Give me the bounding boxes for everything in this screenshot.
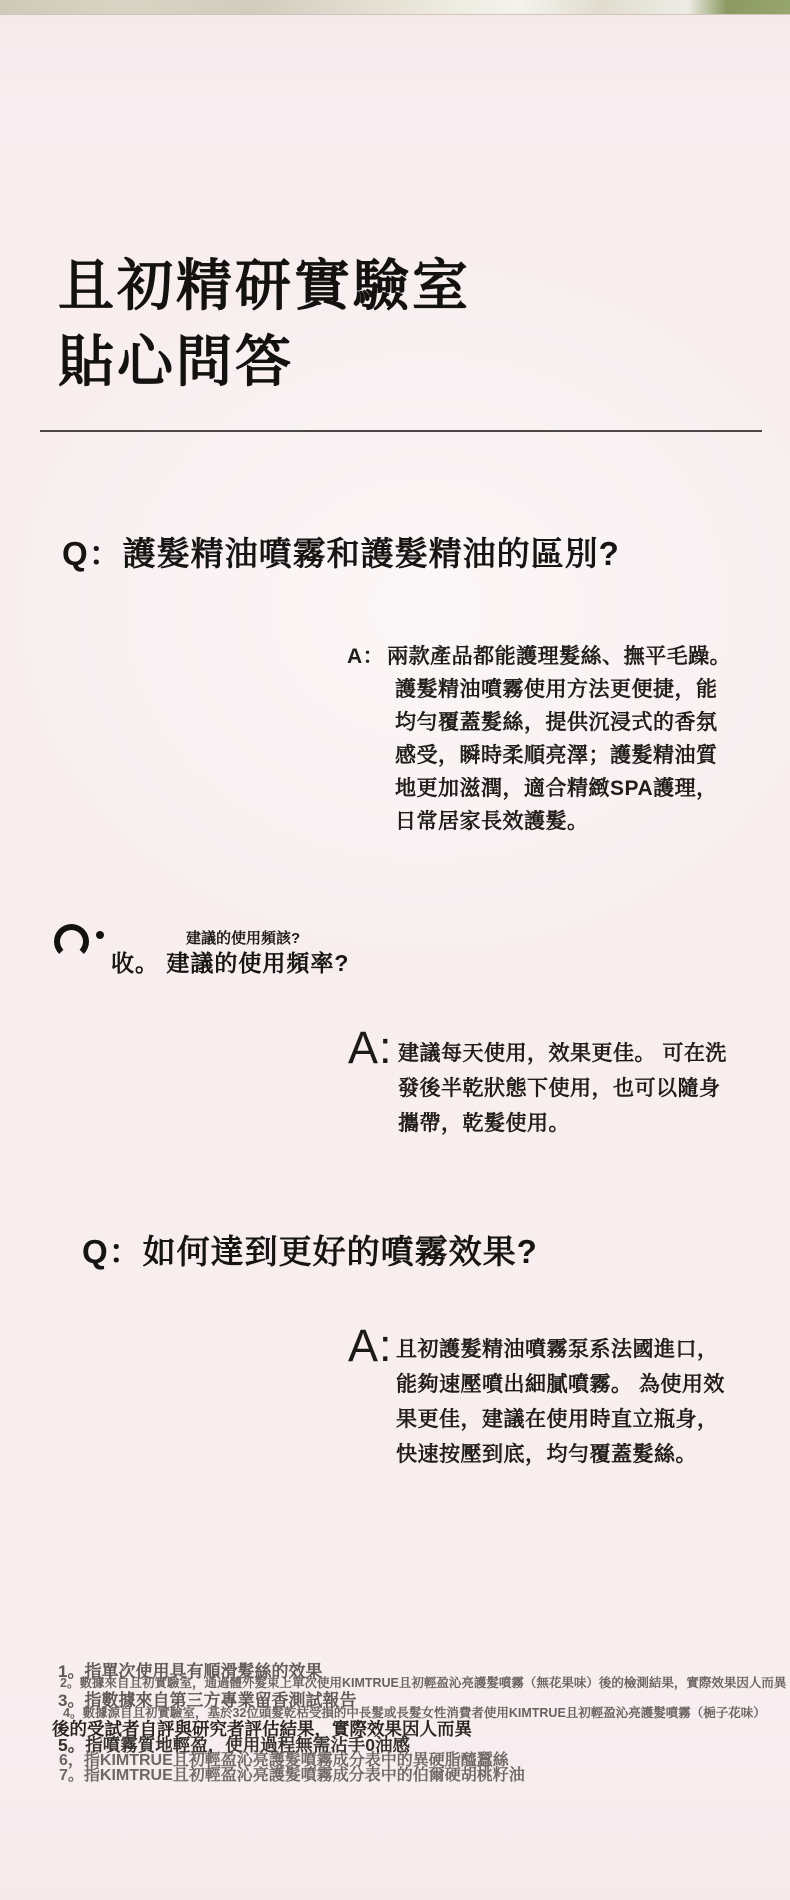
answer-line: 感受，瞬時柔順亮澤；護髮精油質 xyxy=(395,739,731,772)
answer-3: 且初護髮精油噴霧泵系法國進口， 能夠速壓噴出細膩噴霧。 為使用效 果更佳，建議在… xyxy=(396,1332,725,1472)
answer-line: 建議每天使用，效果更佳。 可在洗 xyxy=(398,1036,727,1071)
question-3: Q：如何達到更好的噴霧效果? xyxy=(82,1226,538,1273)
divider-line xyxy=(40,430,762,432)
answer-1-label: A： xyxy=(347,645,384,668)
answer-line: A：兩款產品都能護理髮絲、撫平毛躁。 xyxy=(347,640,731,673)
question-2: 收。 建議的使用頻率? xyxy=(111,945,349,978)
answer-line: 攜帶，乾髮使用。 xyxy=(398,1106,727,1141)
answer-3-label: A: xyxy=(348,1320,393,1372)
page-title-line1: 且初精研實驗室 xyxy=(58,242,471,322)
answer-line: 均勻覆蓋髮絲，提供沉浸式的香氛 xyxy=(395,706,731,739)
page-title-line2: 貼心問答 xyxy=(58,318,294,398)
answer-line: 護髮精油噴霧使用方法更便捷，能 xyxy=(395,673,731,706)
photo-strip xyxy=(0,0,790,15)
clipped-q-glyph-icon xyxy=(54,924,89,959)
answer-line: 果更佳，建議在使用時直立瓶身， xyxy=(396,1402,725,1437)
product-qa-panel: 且初精研實驗室 貼心問答 Q：護髮精油噴霧和護髮精油的區別? A：兩款產品都能護… xyxy=(0,0,790,1900)
footnote: 7。指KIMTRUE且初輕盈沁亮護髮噴霧成分表中的伯爾硬胡桃籽油 xyxy=(59,1762,525,1785)
answer-line: 日常居家長效護髮。 xyxy=(395,805,731,838)
answer-line: 且初護髮精油噴霧泵系法國進口， xyxy=(396,1332,725,1367)
answer-line: 能夠速壓噴出細膩噴霧。 為使用效 xyxy=(396,1367,725,1402)
q-dot-icon xyxy=(96,931,104,939)
answer-2: 建議每天使用，效果更佳。 可在洗 發後半乾狀態下使用，也可以隨身 攜帶，乾髮使用… xyxy=(398,1036,727,1141)
answer-1: A：兩款產品都能護理髮絲、撫平毛躁。 護髮精油噴霧使用方法更便捷，能 均勻覆蓋髮… xyxy=(347,640,731,838)
answer-line: 地更加滋潤，適合精緻SPA護理， xyxy=(395,772,731,805)
answer-2-label: A: xyxy=(348,1022,393,1074)
answer-line-text: 兩款產品都能護理髮絲、撫平毛躁。 xyxy=(387,645,731,668)
answer-line: 發後半乾狀態下使用，也可以隨身 xyxy=(398,1071,727,1106)
question-1: Q：護髮精油噴霧和護髮精油的區別? xyxy=(62,528,620,575)
answer-line: 快速按壓到底，均勻覆蓋髮絲。 xyxy=(396,1437,725,1472)
